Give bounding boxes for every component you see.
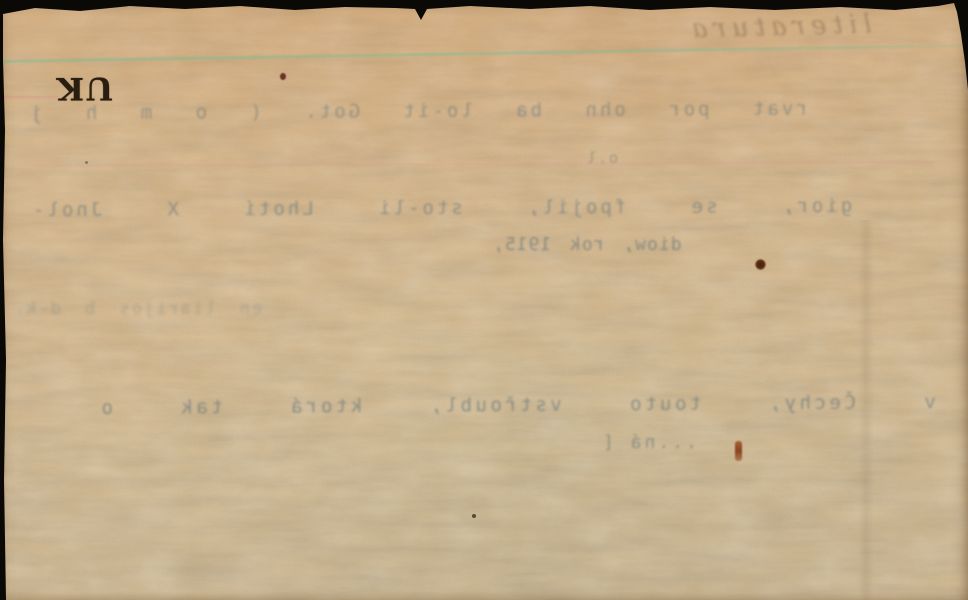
paper-seam-shadow [858,220,874,600]
uk-stamp: UK [54,68,114,108]
scan-background: { "document": { "kind": "aged paper scan… [0,0,968,600]
paper-texture-grain [0,0,968,600]
paper-sheet: literatura UK rvat por ohn ba lo-it Got.… [0,0,968,600]
